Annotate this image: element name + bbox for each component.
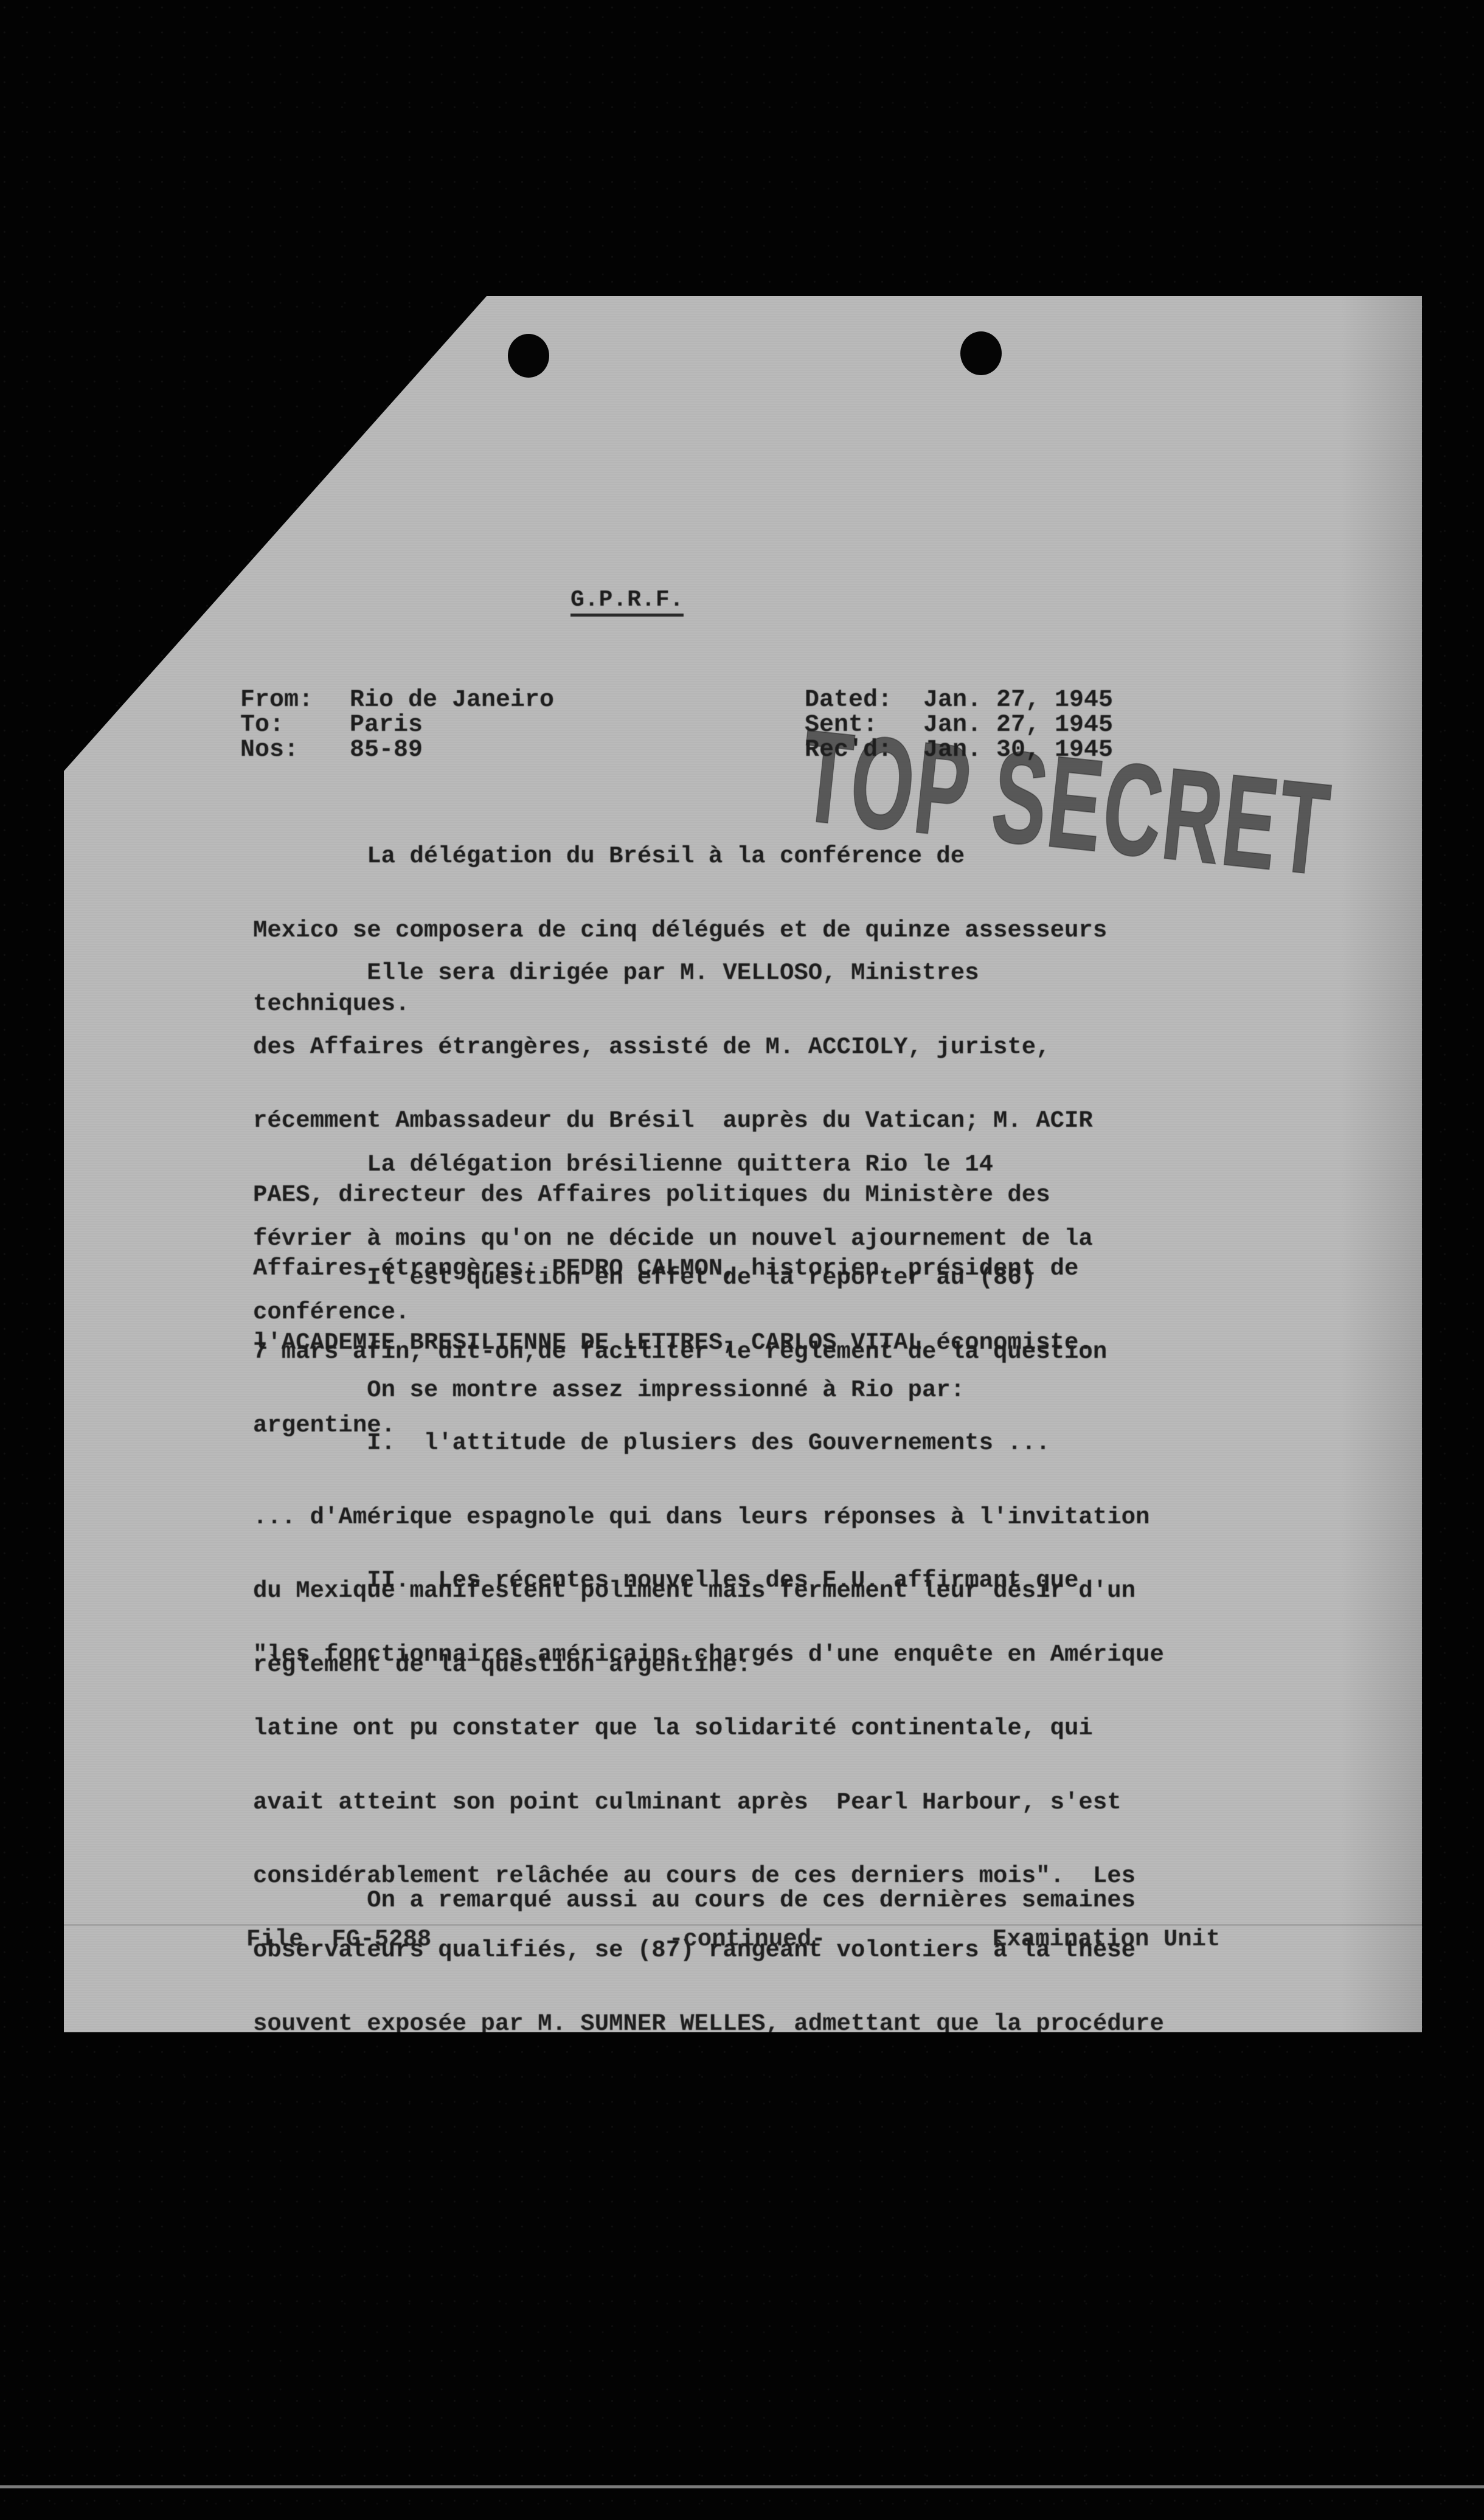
- examination-unit: Examination Unit: [993, 1926, 1220, 1953]
- from-label: From:: [240, 688, 350, 713]
- to-label: To:: [240, 713, 350, 738]
- from-value: Rio de Janeiro: [350, 688, 554, 713]
- to-value: Paris: [350, 713, 423, 738]
- punch-hole-icon: [508, 334, 549, 378]
- header-to: To: Paris: [240, 713, 423, 738]
- film-frame-edge: [0, 2485, 1484, 2488]
- dated-value: Jan. 27, 1945: [923, 688, 1113, 713]
- dated-label: Dated:: [805, 688, 923, 713]
- sent-value: Jan. 27, 1945: [923, 713, 1113, 738]
- header-from: From: Rio de Janeiro: [240, 688, 554, 713]
- nos-value: 85-89: [350, 738, 423, 763]
- recd-value: Jan. 30, 1945: [923, 738, 1113, 763]
- document-page: TOP SECRET G.P.R.F. From: Rio de Janeiro…: [64, 296, 1422, 2032]
- recd-label: Rec'd:: [805, 738, 923, 763]
- document-header-title: G.P.R.F.: [570, 588, 684, 617]
- header-nos: Nos: 85-89: [240, 738, 423, 763]
- file-reference: File FG-5288: [246, 1926, 431, 1953]
- punch-hole-icon: [960, 331, 1002, 375]
- continued-marker: -continued-: [669, 1926, 825, 1953]
- nos-label: Nos:: [240, 738, 350, 763]
- sent-label: Sent:: [805, 713, 923, 738]
- header-recd: Rec'd: Jan. 30, 1945: [805, 738, 1113, 763]
- header-sent: Sent: Jan. 27, 1945: [805, 713, 1113, 738]
- header-dated: Dated: Jan. 27, 1945: [805, 688, 1113, 713]
